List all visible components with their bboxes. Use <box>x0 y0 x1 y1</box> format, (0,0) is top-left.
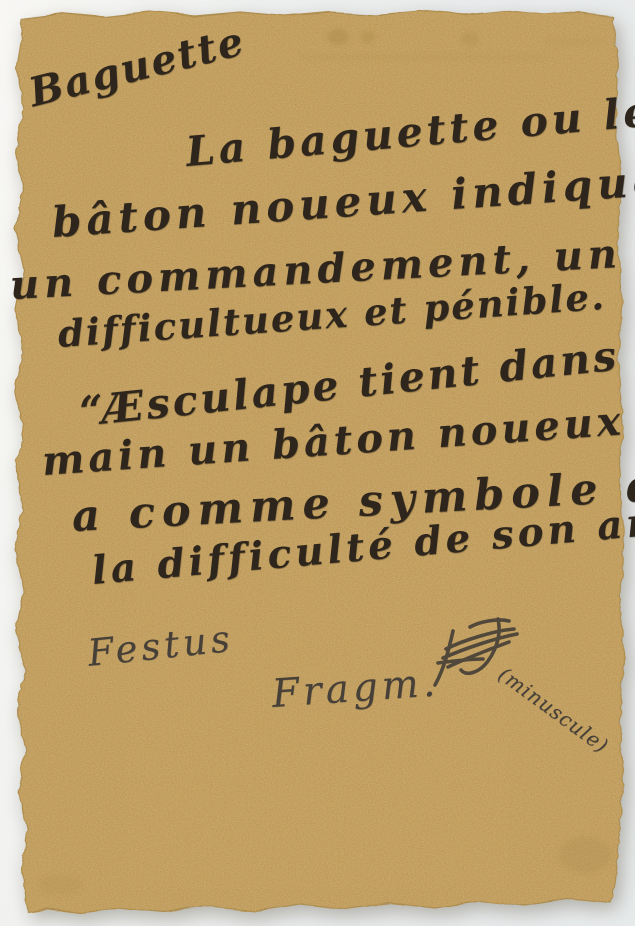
citation-reference: Fragm. <box>270 660 440 717</box>
handwriting-layer: Baguette La baguette ou le bâton noueux … <box>0 0 635 926</box>
citation-source: Festus <box>86 617 236 675</box>
scanned-note-page: Baguette La baguette ou le bâton noueux … <box>0 0 635 926</box>
citation-annotation: (minuscule) <box>494 662 614 758</box>
keyword-baguette: Baguette <box>24 17 249 116</box>
